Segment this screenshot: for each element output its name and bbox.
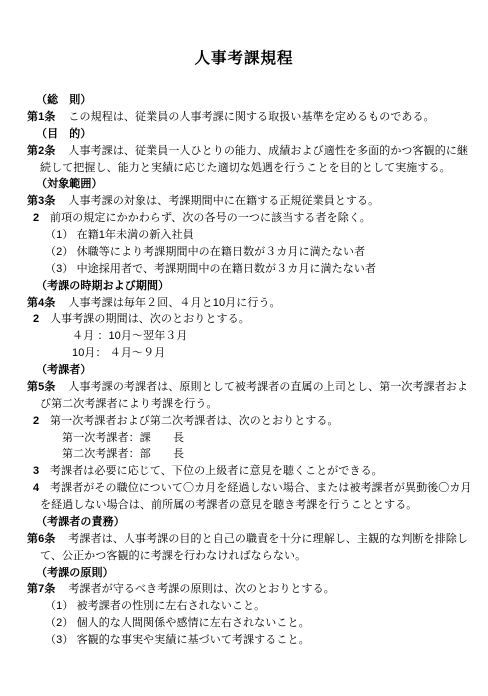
clause-number: 2 (33, 210, 50, 227)
text-line: 第二次考課者：部 長 (0, 446, 488, 463)
article-text: 考課者は、人事考課の目的と自己の職責を十分に理解し、主観的な判断を排除し (68, 533, 468, 545)
article-line: 第4条人事考課は毎年２回、４月と10月に行う。 (0, 295, 488, 312)
article-number: 第7条 (27, 583, 55, 595)
text-line: （3） 客観的な事実や実績に基づいて考課すること。 (0, 632, 488, 649)
clause-line: 4考課者がその職位について〇カ月を経過しない場合、または被考課者が異動後〇カ月 (0, 480, 488, 497)
clause-line: 2第一次考課者および第二次考課者は、次のとおりとする。 (0, 413, 488, 430)
article-line: 第3条人事考課の対象は、考課期間中に在籍する正規従業員とする。 (0, 193, 488, 210)
text-line: （3） 中途採用者で、考課期間中の在籍日数が３カ月に満たない者 (0, 261, 488, 278)
text-line: ４月 ：10月～翌年３月 (0, 328, 488, 345)
text-line: 続して把握し、能力と実績に応じた適切な処遇を行うことを目的として実施する。 (0, 160, 488, 177)
article-line: 第6条考課者は、人事考課の目的と自己の職責を十分に理解し、主観的な判断を排除し (0, 531, 488, 548)
article-line: 第2条人事考課は、従業員一人ひとりの能力、成績および適性を多面的かつ客観的に継 (0, 143, 488, 160)
article-number: 第6条 (27, 533, 55, 545)
article-text: 人事考課の考課者は、原則として被考課者の直属の上司とし、第一次考課者およ (68, 381, 468, 393)
clause-line: 2人事考課の期間は、次のとおりとする。 (0, 311, 488, 328)
clause-text: 考課者は必要に応じて、下位の上級者に意見を聴くことができる。 (50, 465, 383, 477)
text-line: 10月： ４月～９月 (0, 345, 488, 362)
article-number: 第5条 (27, 381, 55, 393)
section-heading: （考課の原則） (0, 565, 488, 582)
article-number: 第1条 (27, 111, 55, 123)
text-line: （1） 被考課者の性別に左右されないこと。 (0, 598, 488, 615)
clause-number: 3 (33, 463, 50, 480)
article-number: 第4条 (27, 297, 55, 309)
text-line: 第一次考課者：課 長 (0, 430, 488, 447)
clause-text: 第一次考課者および第二次考課者は、次のとおりとする。 (50, 415, 339, 427)
section-heading: （対象範囲） (0, 176, 488, 193)
article-line: 第1条この規程は、従業員の人事考課に関する取扱い基準を定めるものである。 (0, 109, 488, 126)
text-line: て、公正かつ客観的に考課を行わなければならない。 (0, 548, 488, 565)
text-line: を経過しない場合は、前所属の考課者の意見を聴き考課を行うこととする。 (0, 497, 488, 514)
clause-number: 4 (33, 480, 50, 497)
text-line: （2） 休職等により考課期間中の在籍日数が３カ月に満たない者 (0, 244, 488, 261)
document-title: 人事考課規程 (0, 0, 488, 69)
section-heading: （考課者の責務） (0, 514, 488, 531)
text-line: び第二次考課者により考課を行う。 (0, 396, 488, 413)
article-text: 考課者が守るべき考課の原則は、次のとおりとする。 (68, 583, 334, 595)
text-line: （2） 個人的な人間関係や感情に左右されないこと。 (0, 615, 488, 632)
document-body: （総 則）第1条この規程は、従業員の人事考課に関する取扱い基準を定めるものである… (0, 92, 488, 649)
clause-line: 2前項の規定にかかわらず、次の各号の一つに該当する者を除く。 (0, 210, 488, 227)
clause-number: 2 (33, 413, 50, 430)
article-number: 第2条 (27, 145, 55, 157)
article-text: 人事考課の対象は、考課期間中に在籍する正規従業員とする。 (68, 195, 379, 207)
section-heading: （総 則） (0, 92, 488, 109)
section-heading: （目 的） (0, 126, 488, 143)
article-line: 第7条考課者が守るべき考課の原則は、次のとおりとする。 (0, 581, 488, 598)
document-page: 人事考課規程 （総 則）第1条この規程は、従業員の人事考課に関する取扱い基準を定… (0, 0, 488, 696)
section-heading: （考課の時期および期間） (0, 278, 488, 295)
article-text: 人事考課は毎年２回、４月と10月に行う。 (68, 297, 280, 309)
clause-number: 2 (33, 311, 50, 328)
clause-text: 前項の規定にかかわらず、次の各号の一つに該当する者を除く。 (50, 212, 371, 224)
text-line: （1） 在籍1年未満の新入社員 (0, 227, 488, 244)
article-text: 人事考課は、従業員一人ひとりの能力、成績および適性を多面的かつ客観的に継 (68, 145, 468, 157)
article-number: 第3条 (27, 195, 55, 207)
clause-line: 3考課者は必要に応じて、下位の上級者に意見を聴くことができる。 (0, 463, 488, 480)
section-heading: （考課者） (0, 362, 488, 379)
clause-text: 人事考課の期間は、次のとおりとする。 (50, 313, 250, 325)
article-text: この規程は、従業員の人事考課に関する取扱い基準を定めるものである。 (68, 111, 434, 123)
article-line: 第5条人事考課の考課者は、原則として被考課者の直属の上司とし、第一次考課者およ (0, 379, 488, 396)
clause-text: 考課者がその職位について〇カ月を経過しない場合、または被考課者が異動後〇カ月 (50, 482, 472, 494)
